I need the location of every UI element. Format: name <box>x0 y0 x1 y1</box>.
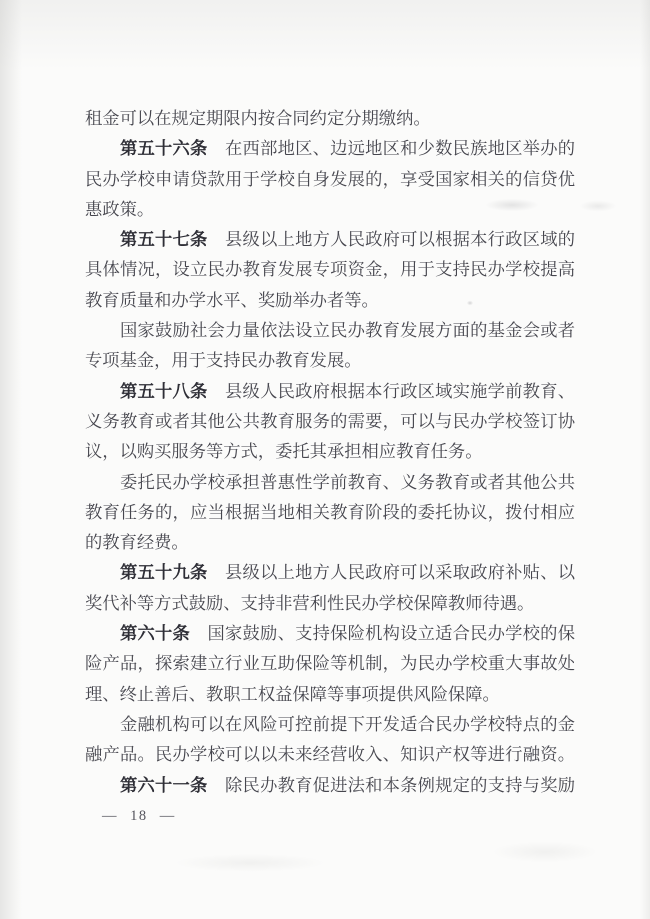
line-text: 县级人民政府根据本行政区域实施学前教育、 <box>208 382 575 401</box>
line-text: 奖代补等方式鼓励、支持非营利性民办学校保障教师待遇。 <box>85 594 534 613</box>
line-text: 融产品。民办学校可以以未来经营收入、知识产权等进行融资。 <box>85 745 575 764</box>
text-line: 租金可以在规定期限内按合同约定分期缴纳。 <box>85 104 575 134</box>
article-number: 第五十九条 <box>120 563 208 582</box>
article-number: 第五十七条 <box>120 230 208 249</box>
text-line: 教育任务的，应当根据当地相关教育阶段的委托协议，拨付相应 <box>85 498 575 528</box>
text-line: 第五十八条 县级人民政府根据本行政区域实施学前教育、 <box>85 377 575 407</box>
text-line: 第五十七条 县级以上地方人民政府可以根据本行政区域的 <box>85 225 575 255</box>
line-text: 国家鼓励社会力量依法设立民办教育发展方面的基金会或者 <box>120 321 575 340</box>
text-line: 第六十一条 除民办教育促进法和本条例规定的支持与奖励 <box>85 771 575 801</box>
line-text: 教育任务的，应当根据当地相关教育阶段的委托协议，拨付相应 <box>85 503 575 522</box>
text-line: 奖代补等方式鼓励、支持非营利性民办学校保障教师待遇。 <box>85 589 575 619</box>
line-text: 县级以上地方人民政府可以采取政府补贴、以 <box>208 563 575 582</box>
text-line: 专项基金，用于支持民办教育发展。 <box>85 346 575 376</box>
text-line: 的教育经费。 <box>85 528 575 558</box>
line-text: 委托民办学校承担普惠性学前教育、义务教育或者其他公共 <box>120 473 575 492</box>
line-text: 在西部地区、边远地区和少数民族地区举办的 <box>208 139 575 158</box>
line-text: 的教育经费。 <box>85 533 189 552</box>
page-number: — 18 — <box>102 808 176 825</box>
line-text: 义务教育或者其他公共教育服务的需要，可以与民办学校签订协 <box>85 412 575 431</box>
line-text: 国家鼓励、支持保险机构设立适合民办学校的保 <box>190 624 575 643</box>
line-text: 除民办教育促进法和本条例规定的支持与奖励 <box>208 776 575 795</box>
document-body: 租金可以在规定期限内按合同约定分期缴纳。 第五十六条 在西部地区、边远地区和少数… <box>85 104 575 801</box>
text-line: 第五十六条 在西部地区、边远地区和少数民族地区举办的 <box>85 134 575 164</box>
text-line: 险产品，探索建立行业互助保险等机制，为民办学校重大事故处 <box>85 649 575 679</box>
line-text: 险产品，探索建立行业互助保险等机制，为民办学校重大事故处 <box>85 654 575 673</box>
article-number: 第六十一条 <box>120 776 208 795</box>
text-line: 第五十九条 县级以上地方人民政府可以采取政府补贴、以 <box>85 558 575 588</box>
line-text: 民办学校申请贷款用于学校自身发展的，享受国家相关的信贷优 <box>85 170 575 189</box>
text-line: 义务教育或者其他公共教育服务的需要，可以与民办学校签订协 <box>85 407 575 437</box>
text-line: 委托民办学校承担普惠性学前教育、义务教育或者其他公共 <box>85 468 575 498</box>
line-text: 议，以购买服务等方式，委托其承担相应教育任务。 <box>85 442 482 461</box>
line-text: 具体情况，设立民办教育发展专项资金，用于支持民办学校提高 <box>85 260 575 279</box>
text-line: 理、终止善后、教职工权益保障等事项提供风险保障。 <box>85 680 575 710</box>
text-line: 第六十条 国家鼓励、支持保险机构设立适合民办学校的保 <box>85 619 575 649</box>
line-text: 专项基金，用于支持民办教育发展。 <box>85 351 362 370</box>
article-number: 第五十八条 <box>120 382 208 401</box>
line-text: 教育质量和办学水平、奖励举办者等。 <box>85 291 379 310</box>
line-text: 惠政策。 <box>85 200 154 219</box>
text-line: 惠政策。 <box>85 195 575 225</box>
line-text: 理、终止善后、教职工权益保障等事项提供风险保障。 <box>85 685 500 704</box>
article-number: 第五十六条 <box>120 139 208 158</box>
text-line: 议，以购买服务等方式，委托其承担相应教育任务。 <box>85 437 575 467</box>
text-line: 融产品。民办学校可以以未来经营收入、知识产权等进行融资。 <box>85 740 575 770</box>
line-text: 县级以上地方人民政府可以根据本行政区域的 <box>208 230 575 249</box>
line-text: 金融机构可以在风险可控前提下开发适合民办学校特点的金 <box>120 715 575 734</box>
scanned-document-page: 租金可以在规定期限内按合同约定分期缴纳。 第五十六条 在西部地区、边远地区和少数… <box>0 0 650 919</box>
text-line: 民办学校申请贷款用于学校自身发展的，享受国家相关的信贷优 <box>85 165 575 195</box>
line-text: 租金可以在规定期限内按合同约定分期缴纳。 <box>85 109 431 128</box>
text-line: 金融机构可以在风险可控前提下开发适合民办学校特点的金 <box>85 710 575 740</box>
article-number: 第六十条 <box>120 624 190 643</box>
text-line: 具体情况，设立民办教育发展专项资金，用于支持民办学校提高 <box>85 255 575 285</box>
text-line: 教育质量和办学水平、奖励举办者等。 <box>85 286 575 316</box>
text-line: 国家鼓励社会力量依法设立民办教育发展方面的基金会或者 <box>85 316 575 346</box>
